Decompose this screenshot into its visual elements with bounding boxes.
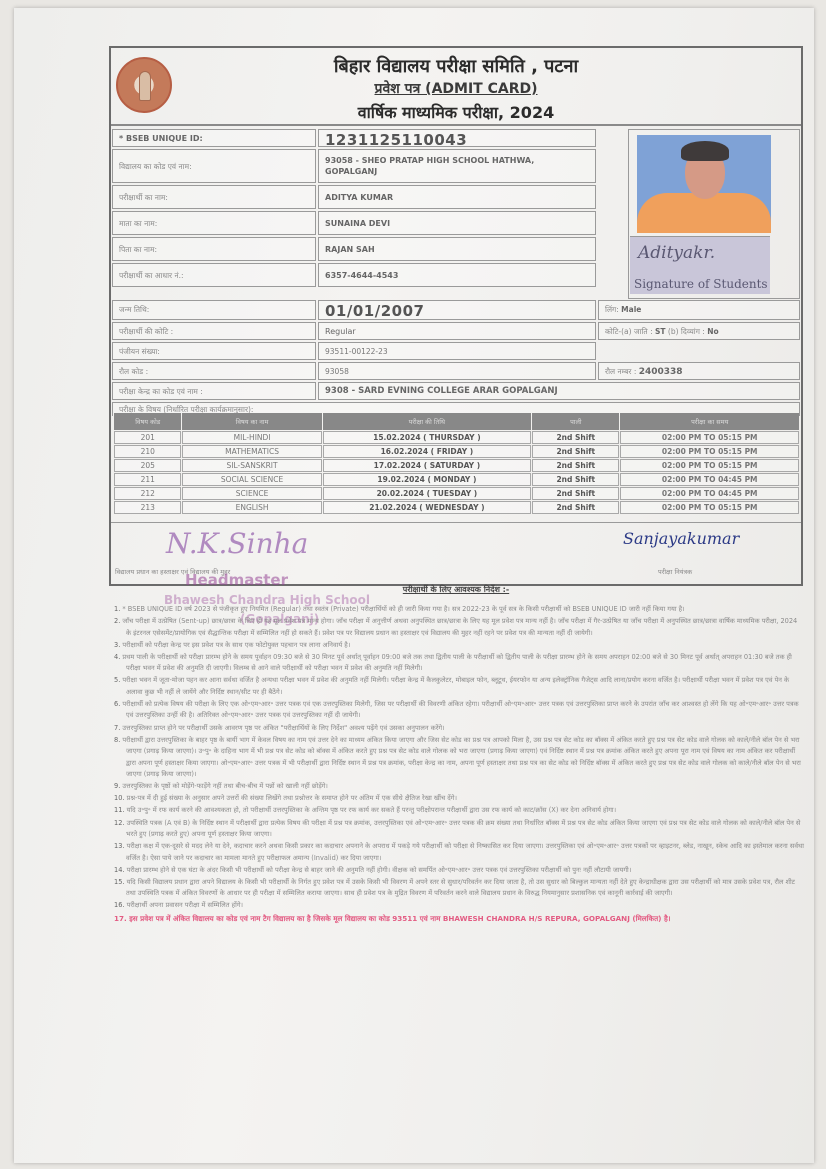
schedule-subject: SOCIAL SCIENCE xyxy=(182,473,321,486)
schedule-row: 211SOCIAL SCIENCE19.02.2024 ( MONDAY )2n… xyxy=(114,473,799,486)
instruction-text: परीक्षा भवन में जूता-मोजा पहन कर आना सर्… xyxy=(122,676,789,696)
aadhaar-label: परीक्षार्थी का आधार नं.: xyxy=(113,264,315,285)
schedule-code: 212 xyxy=(114,487,181,500)
instruction-text: यदि किसी विद्यालय प्रधान द्वारा अपने विद… xyxy=(126,878,795,898)
instruction-item: 15. यदि किसी विद्यालय प्रधान द्वारा अपने… xyxy=(114,877,804,900)
schedule-code: 211 xyxy=(114,473,181,486)
instruction-item: 12. उपस्थिति पत्रक (A एवं B) के निर्दिष्… xyxy=(114,818,804,841)
gender-cell: लिंग: Male xyxy=(598,300,800,320)
schedule-shift: 2nd Shift xyxy=(532,445,619,458)
instruction-text: परीक्षार्थी द्वारा उत्तरपुस्तिका के बाहर… xyxy=(122,736,800,779)
admit-card: बिहार विद्यालय परीक्षा समिति , पटना प्रव… xyxy=(109,46,803,586)
schedule-subject: SIL-SANSKRIT xyxy=(182,459,321,472)
student-signature: Adityakr. xyxy=(638,243,715,263)
exam-name: वार्षिक माध्यमिक परीक्षा, 2024 xyxy=(111,101,801,123)
instruction-item: 10. प्रश्न-पत्र में दी हुई संख्या के अनु… xyxy=(114,793,804,805)
schedule-time: 02:00 PM TO 05:15 PM xyxy=(620,431,799,444)
instruction-text: प्रश्न-पत्र में दी हुई संख्या के अनुसार … xyxy=(127,794,457,802)
instruction-text: परीक्षार्थी को परीक्षा केन्द्र पर इस प्र… xyxy=(122,641,350,649)
roll-number-cell: रौल नम्बर : 2400338 xyxy=(598,362,800,380)
admit-card-page: बिहार विद्यालय परीक्षा समिति , पटना प्रव… xyxy=(14,8,814,1163)
schedule-shift: 2nd Shift xyxy=(532,431,619,444)
schedule-code: 201 xyxy=(114,431,181,444)
category-value-cell: Regular xyxy=(318,322,596,340)
instruction-text: उपस्थिति पत्रक (A एवं B) के निर्दिष्ट स्… xyxy=(126,819,800,839)
father-name-label: पिता का नाम: xyxy=(113,238,315,259)
aadhaar-value: 6357-4644-4543 xyxy=(319,264,595,284)
column-header: पाली xyxy=(532,413,619,430)
schedule-date: 16.02.2024 ( FRIDAY ) xyxy=(323,445,531,458)
instruction-number: 14. xyxy=(114,866,125,874)
instruction-item: 2. जाँच परीक्षा में उत्प्रेषित (Sent-up)… xyxy=(114,616,804,639)
instruction-text: यदि उ॰पु॰ में रफ कार्य करने की आवश्यकता … xyxy=(127,806,617,814)
schedule-time: 02:00 PM TO 04:45 PM xyxy=(620,487,799,500)
dob-value: 01/01/2007 xyxy=(319,301,595,321)
instruction-number: 4. xyxy=(114,653,120,661)
schedule-subject: MIL-HINDI xyxy=(182,431,321,444)
registration-value-cell: 93511-00122-23 xyxy=(318,342,596,360)
registration-value: 93511-00122-23 xyxy=(319,343,595,360)
instruction-item: 1. * BSEB UNIQUE ID वर्ष 2023 से पंजीकृत… xyxy=(114,604,804,616)
schedule-shift: 2nd Shift xyxy=(532,459,619,472)
instruction-item: 6. परीक्षार्थी को प्रत्येक विषय की परीक्… xyxy=(114,699,804,722)
schedule-code: 210 xyxy=(114,445,181,458)
schedule-date: 15.02.2024 ( THURSDAY ) xyxy=(323,431,531,444)
schedule-subject: ENGLISH xyxy=(182,501,321,514)
unique-id-value-cell: 1231125110043 xyxy=(318,129,596,147)
schedule-row: 213ENGLISH21.02.2024 ( WEDNESDAY )2nd Sh… xyxy=(114,501,799,514)
instruction-item: 3. परीक्षार्थी को परीक्षा केन्द्र पर इस … xyxy=(114,640,804,652)
aadhaar-value-cell: 6357-4644-4543 xyxy=(318,263,596,287)
instruction-item: 13. परीक्षा कक्ष में एक-दूसरे से मदद लेन… xyxy=(114,841,804,864)
instruction-text: प्रथम पाली के परीक्षार्थी को परीक्षा प्र… xyxy=(122,653,791,673)
instructions-title: परीक्षार्थी के लिए आवश्यक निर्देश :- xyxy=(109,584,803,595)
schedule-row: 201MIL-HINDI15.02.2024 ( THURSDAY )2nd S… xyxy=(114,431,799,444)
roll-code-label-cell: रौल कोड : xyxy=(112,362,316,380)
candidate-name-value-cell: ADITYA KUMAR xyxy=(318,185,596,209)
caste-cell: कोटि-(a) जाति : ST (b) दिव्यांग : No xyxy=(598,322,800,340)
category-label: परीक्षार्थी की कोटि : xyxy=(113,323,315,341)
instruction-number: 1. xyxy=(114,605,120,613)
dob-value-cell: 01/01/2007 xyxy=(318,300,596,320)
instruction-item: 7. उत्तरपुस्तिका प्राप्त होने पर परीक्षा… xyxy=(114,723,804,735)
dob-label-cell: जन्म तिथि: xyxy=(112,300,316,320)
schedule-shift: 2nd Shift xyxy=(532,487,619,500)
unique-id-label-cell: * BSEB UNIQUE ID: xyxy=(112,129,316,147)
centre-label: परीक्षा केन्द्र का कोड एवं नाम : xyxy=(113,383,315,401)
roll-number-value: 2400338 xyxy=(639,367,683,377)
schedule-shift: 2nd Shift xyxy=(532,473,619,486)
dob-label: जन्म तिथि: xyxy=(113,301,315,319)
school-value: 93058 - SHEO PRATAP HIGH SCHOOL HATHWA, … xyxy=(319,150,595,181)
board-name: बिहार विद्यालय परीक्षा समिति , पटना xyxy=(111,54,801,78)
candidate-name-label: परीक्षार्थी का नाम: xyxy=(113,186,315,207)
instruction-number: 16. xyxy=(114,901,125,909)
category-label-cell: परीक्षार्थी की कोटि : xyxy=(112,322,316,340)
schedule-date: 20.02.2024 ( TUESDAY ) xyxy=(323,487,531,500)
photo-signature-box: Adityakr. Signature of Students xyxy=(628,129,800,299)
centre-value: 9308 - SARD EVNING COLLEGE ARAR GOPALGAN… xyxy=(319,383,799,400)
mother-name-value-cell: SUNAINA DEVI xyxy=(318,211,596,235)
instruction-number: 2. xyxy=(114,617,120,625)
instruction-number: 11. xyxy=(114,806,125,814)
aadhaar-label-cell: परीक्षार्थी का आधार नं.: xyxy=(112,263,316,287)
schedule-code: 213 xyxy=(114,501,181,514)
instruction-text: इस प्रवेश पत्र में अंकित विद्यालय का कोड… xyxy=(129,914,670,923)
candidate-name-label-cell: परीक्षार्थी का नाम: xyxy=(112,185,316,209)
unique-id-label: * BSEB UNIQUE ID: xyxy=(113,130,315,147)
instruction-text: उत्तरपुस्तिका प्राप्त होने पर परीक्षार्थ… xyxy=(122,724,444,732)
schedule-row: 205SIL-SANSKRIT17.02.2024 ( SATURDAY )2n… xyxy=(114,459,799,472)
column-header: परीक्षा की तिथि xyxy=(323,413,531,430)
instruction-text: जाँच परीक्षा में उत्प्रेषित (Sent-up) छा… xyxy=(122,617,797,637)
disability-label: (b) दिव्यांग : xyxy=(668,327,705,336)
roll-code-value: 93058 xyxy=(319,363,595,380)
registration-label: पंजीयन संख्या: xyxy=(113,343,315,361)
instruction-text: परीक्षा प्रारम्भ होने से एक घंटा के अंदर… xyxy=(127,866,632,874)
card-header: बिहार विद्यालय परीक्षा समिति , पटना प्रव… xyxy=(111,48,801,126)
caste-value: ST xyxy=(655,327,666,336)
candidate-name-value: ADITYA KUMAR xyxy=(319,186,595,206)
column-header: परीक्षा का समय xyxy=(620,413,799,430)
instruction-text: परीक्षा कक्ष में एक-दूसरे से मदद लेने या… xyxy=(126,842,804,862)
mother-name-label: माता का नाम: xyxy=(113,212,315,233)
unique-id-value: 1231125110043 xyxy=(319,130,595,150)
instruction-number: 12. xyxy=(114,819,125,827)
registration-label-cell: पंजीयन संख्या: xyxy=(112,342,316,360)
schedule-time: 02:00 PM TO 05:15 PM xyxy=(620,459,799,472)
instruction-item: 16. परीक्षार्थी अपना प्रवासन परीक्षा में… xyxy=(114,900,804,912)
instruction-number: 9. xyxy=(114,782,120,790)
schedule-subject: MATHEMATICS xyxy=(182,445,321,458)
candidate-photo xyxy=(637,135,771,233)
headmaster-signature: N.K.Sinha xyxy=(166,527,308,560)
instruction-text: परीक्षार्थी को प्रत्येक विषय की परीक्षा … xyxy=(122,700,798,720)
schedule-subject: SCIENCE xyxy=(182,487,321,500)
instruction-number: 17. xyxy=(114,914,127,923)
schedule-time: 02:00 PM TO 05:15 PM xyxy=(620,445,799,458)
roll-number-label: रौल नम्बर : xyxy=(605,367,636,376)
instruction-text: परीक्षार्थी अपना प्रवासन परीक्षा में सम्… xyxy=(127,901,243,909)
instruction-item: 8. परीक्षार्थी द्वारा उत्तरपुस्तिका के ब… xyxy=(114,735,804,781)
schedule-row: 210MATHEMATICS16.02.2024 ( FRIDAY )2nd S… xyxy=(114,445,799,458)
signature-caption: Signature of Students xyxy=(634,277,768,291)
instruction-number: 13. xyxy=(114,842,125,850)
mother-name-value: SUNAINA DEVI xyxy=(319,212,595,232)
schedule-row: 212SCIENCE20.02.2024 ( TUESDAY )2nd Shif… xyxy=(114,487,799,500)
father-name-value: RAJAN SAH xyxy=(319,238,595,258)
instruction-number: 7. xyxy=(114,724,120,732)
instruction-text: उत्तरपुस्तिका के पृष्ठों को मोड़ेंगे-फाड… xyxy=(122,782,328,790)
gender-value: Male xyxy=(621,305,641,314)
schedule-shift: 2nd Shift xyxy=(532,501,619,514)
school-value-cell: 93058 - SHEO PRATAP HIGH SCHOOL HATHWA, … xyxy=(318,149,596,183)
schedule-date: 17.02.2024 ( SATURDAY ) xyxy=(323,459,531,472)
mother-name-label-cell: माता का नाम: xyxy=(112,211,316,235)
schedule-time: 02:00 PM TO 04:45 PM xyxy=(620,473,799,486)
roll-code-label: रौल कोड : xyxy=(113,363,315,381)
instruction-number: 8. xyxy=(114,736,120,744)
instruction-item: 11. यदि उ॰पु॰ में रफ कार्य करने की आवश्य… xyxy=(114,805,804,817)
caste-label: कोटि-(a) जाति : xyxy=(605,327,653,336)
controller-signature: Sanjayakumar xyxy=(623,529,739,548)
column-header: विषय कोड xyxy=(114,413,181,430)
instruction-item: 9. उत्तरपुस्तिका के पृष्ठों को मोड़ेंगे-… xyxy=(114,781,804,793)
centre-value-cell: 9308 - SARD EVNING COLLEGE ARAR GOPALGAN… xyxy=(318,382,800,400)
document-title: प्रवेश पत्र (ADMIT CARD) xyxy=(111,79,801,98)
schedule-code: 205 xyxy=(114,459,181,472)
schedule-time: 02:00 PM TO 05:15 PM xyxy=(620,501,799,514)
disability-value: No xyxy=(707,327,718,336)
controller-signature-label: परीक्षा नियंत्रक xyxy=(658,567,692,576)
gender-label: लिंग: xyxy=(605,305,619,314)
school-label: विद्यालय का कोड एवं नाम: xyxy=(113,150,315,176)
instruction-item: 17. इस प्रवेश पत्र में अंकित विद्यालय का… xyxy=(114,913,804,925)
school-label-cell: विद्यालय का कोड एवं नाम: xyxy=(112,149,316,183)
instruction-item: 14. परीक्षा प्रारम्भ होने से एक घंटा के … xyxy=(114,865,804,877)
schedule-date: 21.02.2024 ( WEDNESDAY ) xyxy=(323,501,531,514)
centre-label-cell: परीक्षा केन्द्र का कोड एवं नाम : xyxy=(112,382,316,400)
instruction-item: 5. परीक्षा भवन में जूता-मोजा पहन कर आना … xyxy=(114,675,804,698)
instruction-number: 15. xyxy=(114,878,125,886)
instruction-item: 4. प्रथम पाली के परीक्षार्थी को परीक्षा … xyxy=(114,652,804,675)
father-name-label-cell: पिता का नाम: xyxy=(112,237,316,261)
instruction-text: * BSEB UNIQUE ID वर्ष 2023 से पंजीकृत हु… xyxy=(122,605,684,613)
column-header: विषय का नाम xyxy=(182,413,321,430)
category-value: Regular xyxy=(319,323,595,340)
instructions-list: 1. * BSEB UNIQUE ID वर्ष 2023 से पंजीकृत… xyxy=(114,604,804,925)
instruction-number: 10. xyxy=(114,794,125,802)
father-name-value-cell: RAJAN SAH xyxy=(318,237,596,261)
student-signature-area: Adityakr. Signature of Students xyxy=(630,236,770,294)
roll-code-value-cell: 93058 xyxy=(318,362,596,380)
instruction-number: 6. xyxy=(114,700,120,708)
exam-schedule-table: विषय कोडविषय का नामपरीक्षा की तिथिपालीपर… xyxy=(113,412,800,515)
instruction-number: 3. xyxy=(114,641,120,649)
schedule-date: 19.02.2024 ( MONDAY ) xyxy=(323,473,531,486)
instruction-number: 5. xyxy=(114,676,120,684)
